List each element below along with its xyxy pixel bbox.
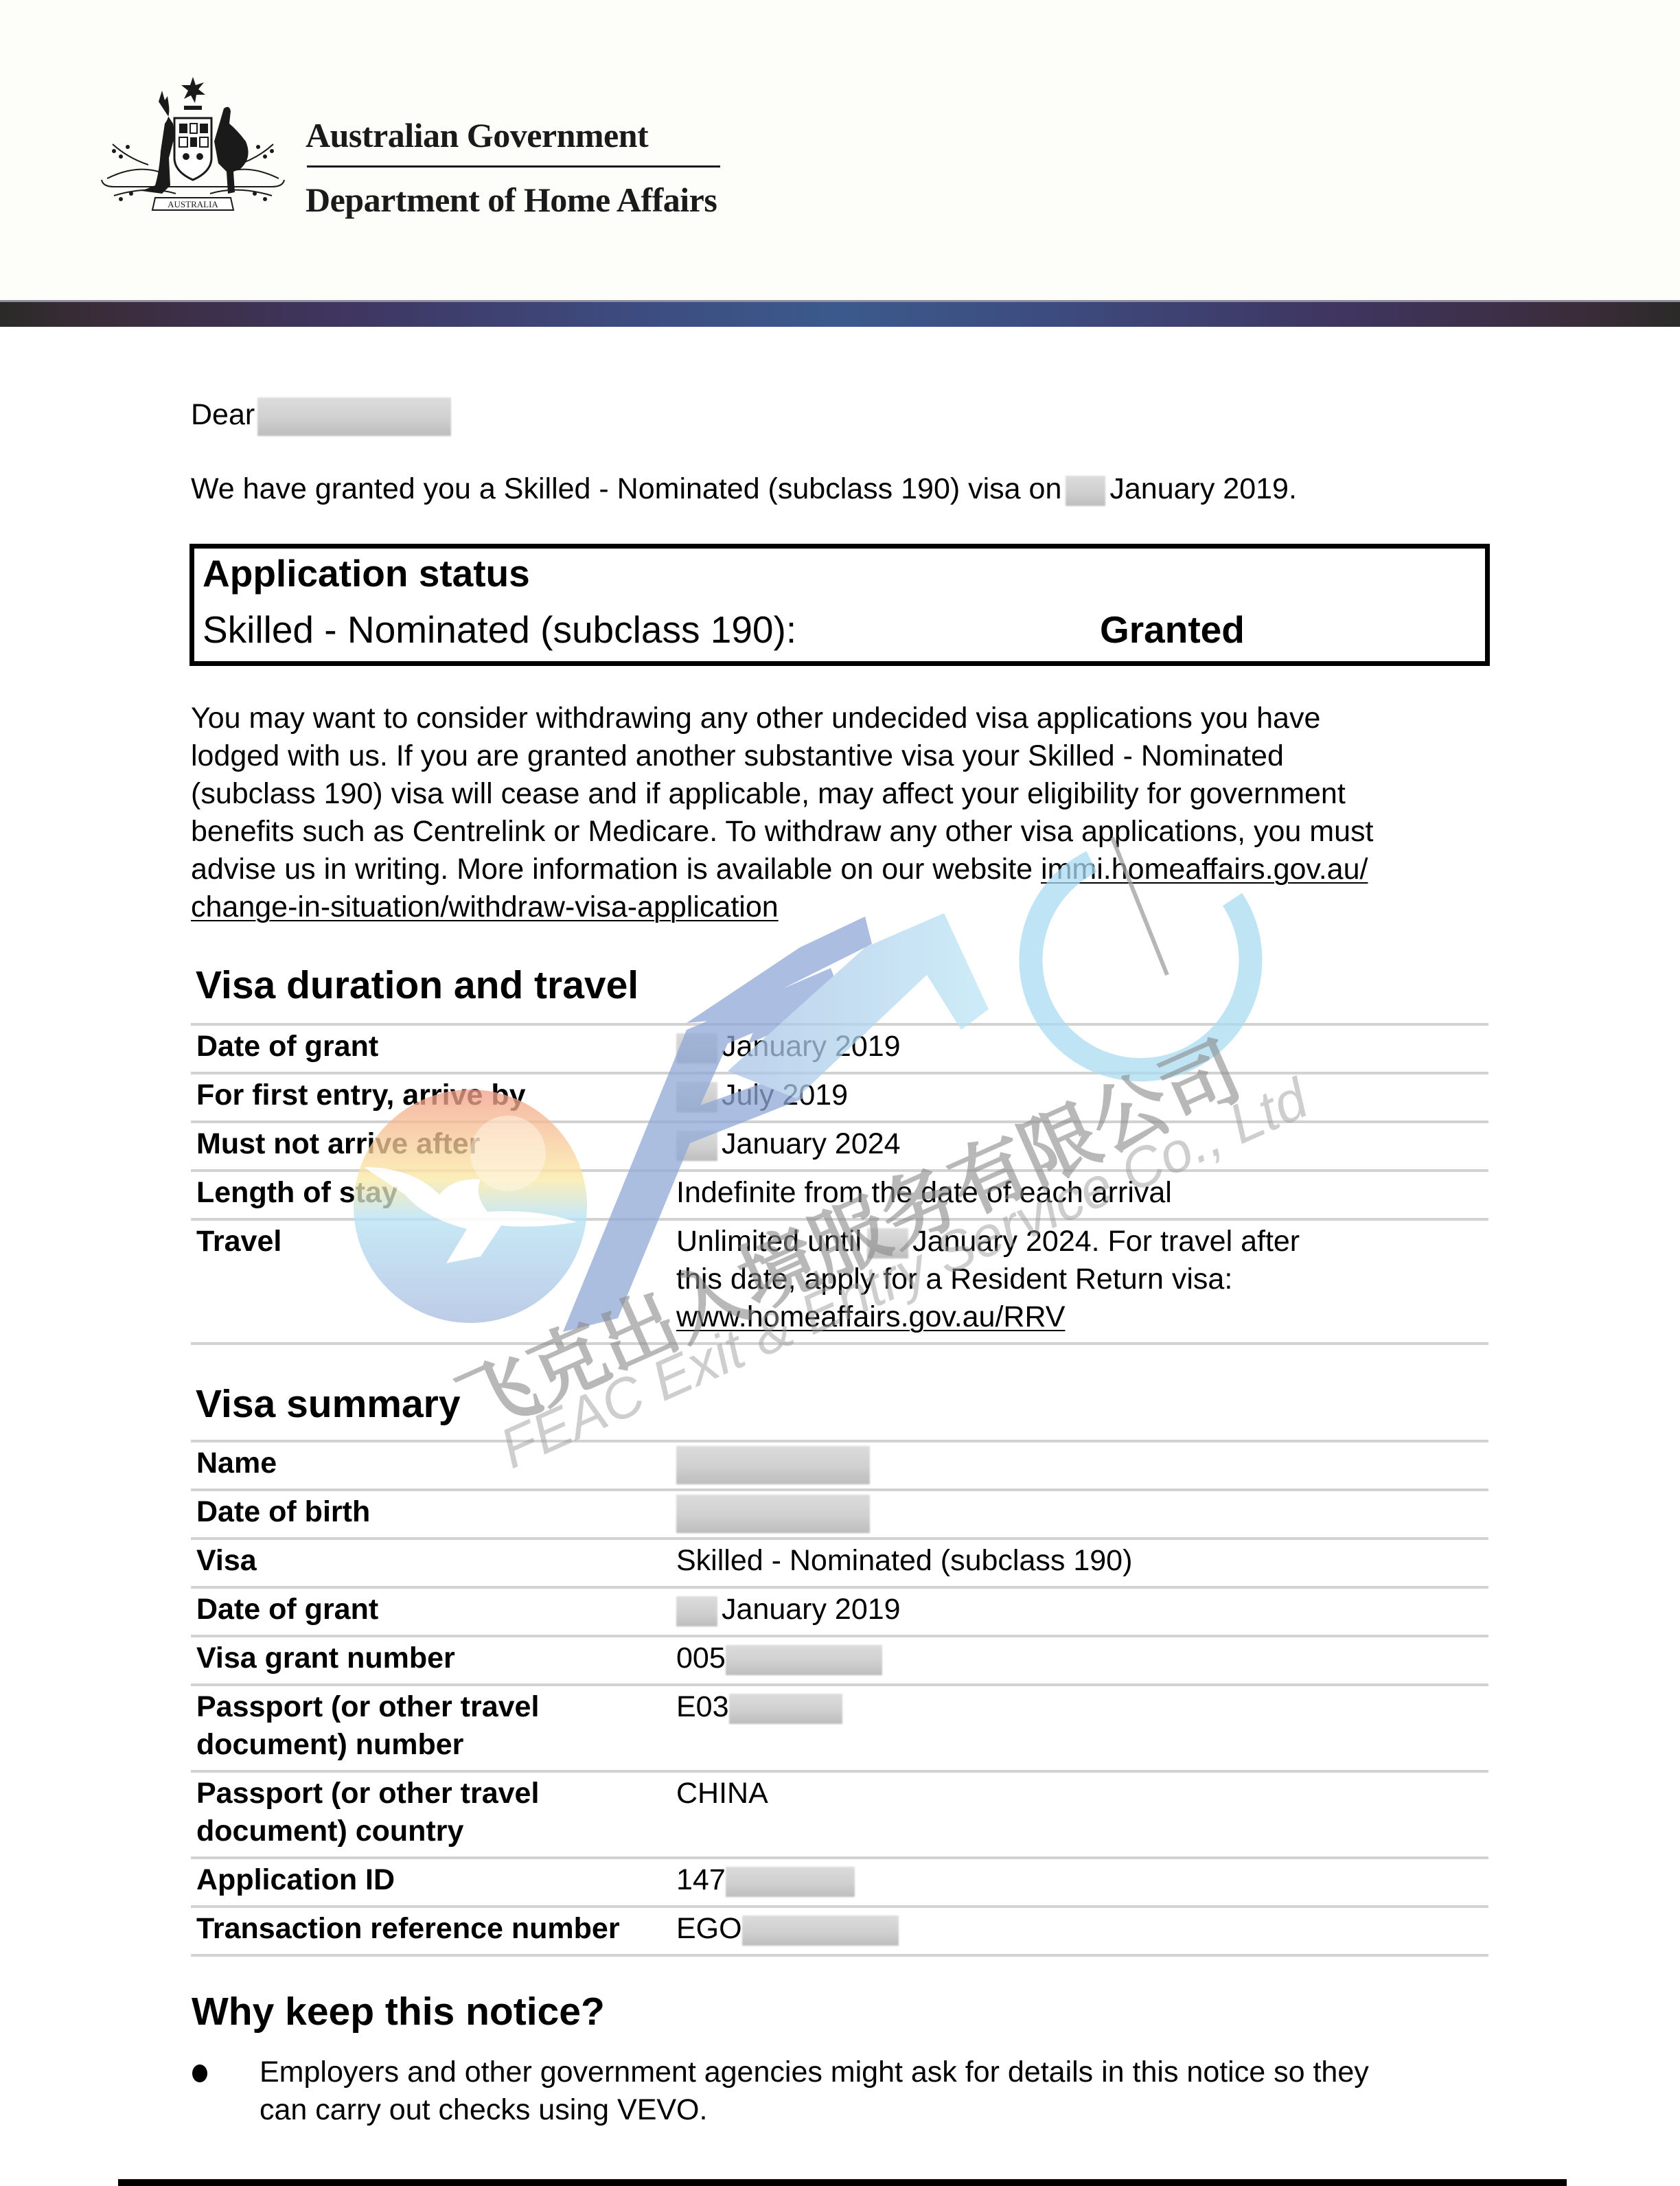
table-row: Length of stay Indefinite from the date … — [191, 1169, 1488, 1218]
visa-duration-table: Date of grant January 2019 For first ent… — [191, 1023, 1488, 1345]
rrv-link[interactable]: www.homeaffairs.gov.au/RRV — [676, 1300, 1065, 1333]
status-visa-label: Skilled - Nominated (subclass 190): — [203, 608, 796, 652]
redacted-day — [676, 1596, 717, 1626]
table-row: Date of birth — [191, 1488, 1488, 1537]
table-row: For first entry, arrive by July 2019 — [191, 1072, 1488, 1120]
redacted-name — [676, 1446, 870, 1484]
redacted-grant-number — [726, 1645, 882, 1675]
table-row: Passport (or other traveldocument) numbe… — [191, 1683, 1488, 1770]
redacted-day — [1066, 476, 1105, 506]
bullet-icon — [192, 2064, 207, 2082]
government-title: Australian Government — [306, 115, 648, 155]
table-row: Date of grant January 2019 — [191, 1586, 1488, 1635]
coat-of-arms-icon: AUSTRALIA — [93, 76, 292, 220]
redacted-date-of-birth — [676, 1495, 870, 1533]
salutation: Dear — [191, 396, 451, 436]
visa-summary-heading: Visa summary — [196, 1381, 461, 1427]
header-divider — [307, 165, 720, 168]
withdraw-visa-link[interactable]: immi.homeaffairs.gov.au/ — [1041, 853, 1368, 886]
table-row: Visa grant number 005 — [191, 1635, 1488, 1683]
redacted-day — [867, 1228, 908, 1258]
table-row: Passport (or other traveldocument) count… — [191, 1770, 1488, 1856]
footer-divider — [118, 2179, 1567, 2186]
table-row: Must not arrive after January 2024 — [191, 1120, 1488, 1169]
department-title: Department of Home Affairs — [306, 180, 717, 220]
redacted-transaction-ref — [742, 1915, 899, 1946]
table-row: Application ID 147 — [191, 1856, 1488, 1905]
redacted-passport-number — [729, 1694, 842, 1724]
table-row: Name — [191, 1440, 1488, 1488]
application-status-box: Application status Skilled - Nominated (… — [189, 544, 1490, 666]
redacted-day — [676, 1033, 717, 1063]
svg-text:AUSTRALIA: AUSTRALIA — [168, 199, 218, 209]
visa-duration-heading: Visa duration and travel — [196, 963, 638, 1008]
table-row: Date of grant January 2019 — [191, 1023, 1488, 1072]
redacted-day — [676, 1131, 717, 1161]
withdraw-visa-link-continued[interactable]: change-in-situation/withdraw-visa-applic… — [191, 890, 779, 923]
withdraw-paragraph: You may want to consider withdrawing any… — [191, 700, 1495, 926]
table-row: Transaction reference number EGO — [191, 1905, 1488, 1957]
table-row: Visa Skilled - Nominated (subclass 190) — [191, 1537, 1488, 1586]
redacted-name — [257, 398, 451, 436]
status-title: Application status — [203, 551, 530, 595]
grant-sentence: We have granted you a Skilled - Nominate… — [191, 470, 1297, 508]
status-badge: Granted — [1100, 608, 1245, 652]
letterhead: AUSTRALIA Australian Government Departme… — [0, 0, 1680, 300]
redacted-application-id — [726, 1867, 855, 1897]
why-keep-bullet: Employers and other government agencies … — [260, 2053, 1369, 2129]
redacted-day — [676, 1082, 717, 1112]
why-keep-heading: Why keep this notice? — [192, 1989, 605, 2034]
visa-summary-table: Name Date of birth Visa Skilled - Nomina… — [191, 1440, 1488, 1957]
table-row: Travel Unlimited untilJanuary 2024. For … — [191, 1218, 1488, 1345]
header-color-band — [0, 300, 1680, 327]
